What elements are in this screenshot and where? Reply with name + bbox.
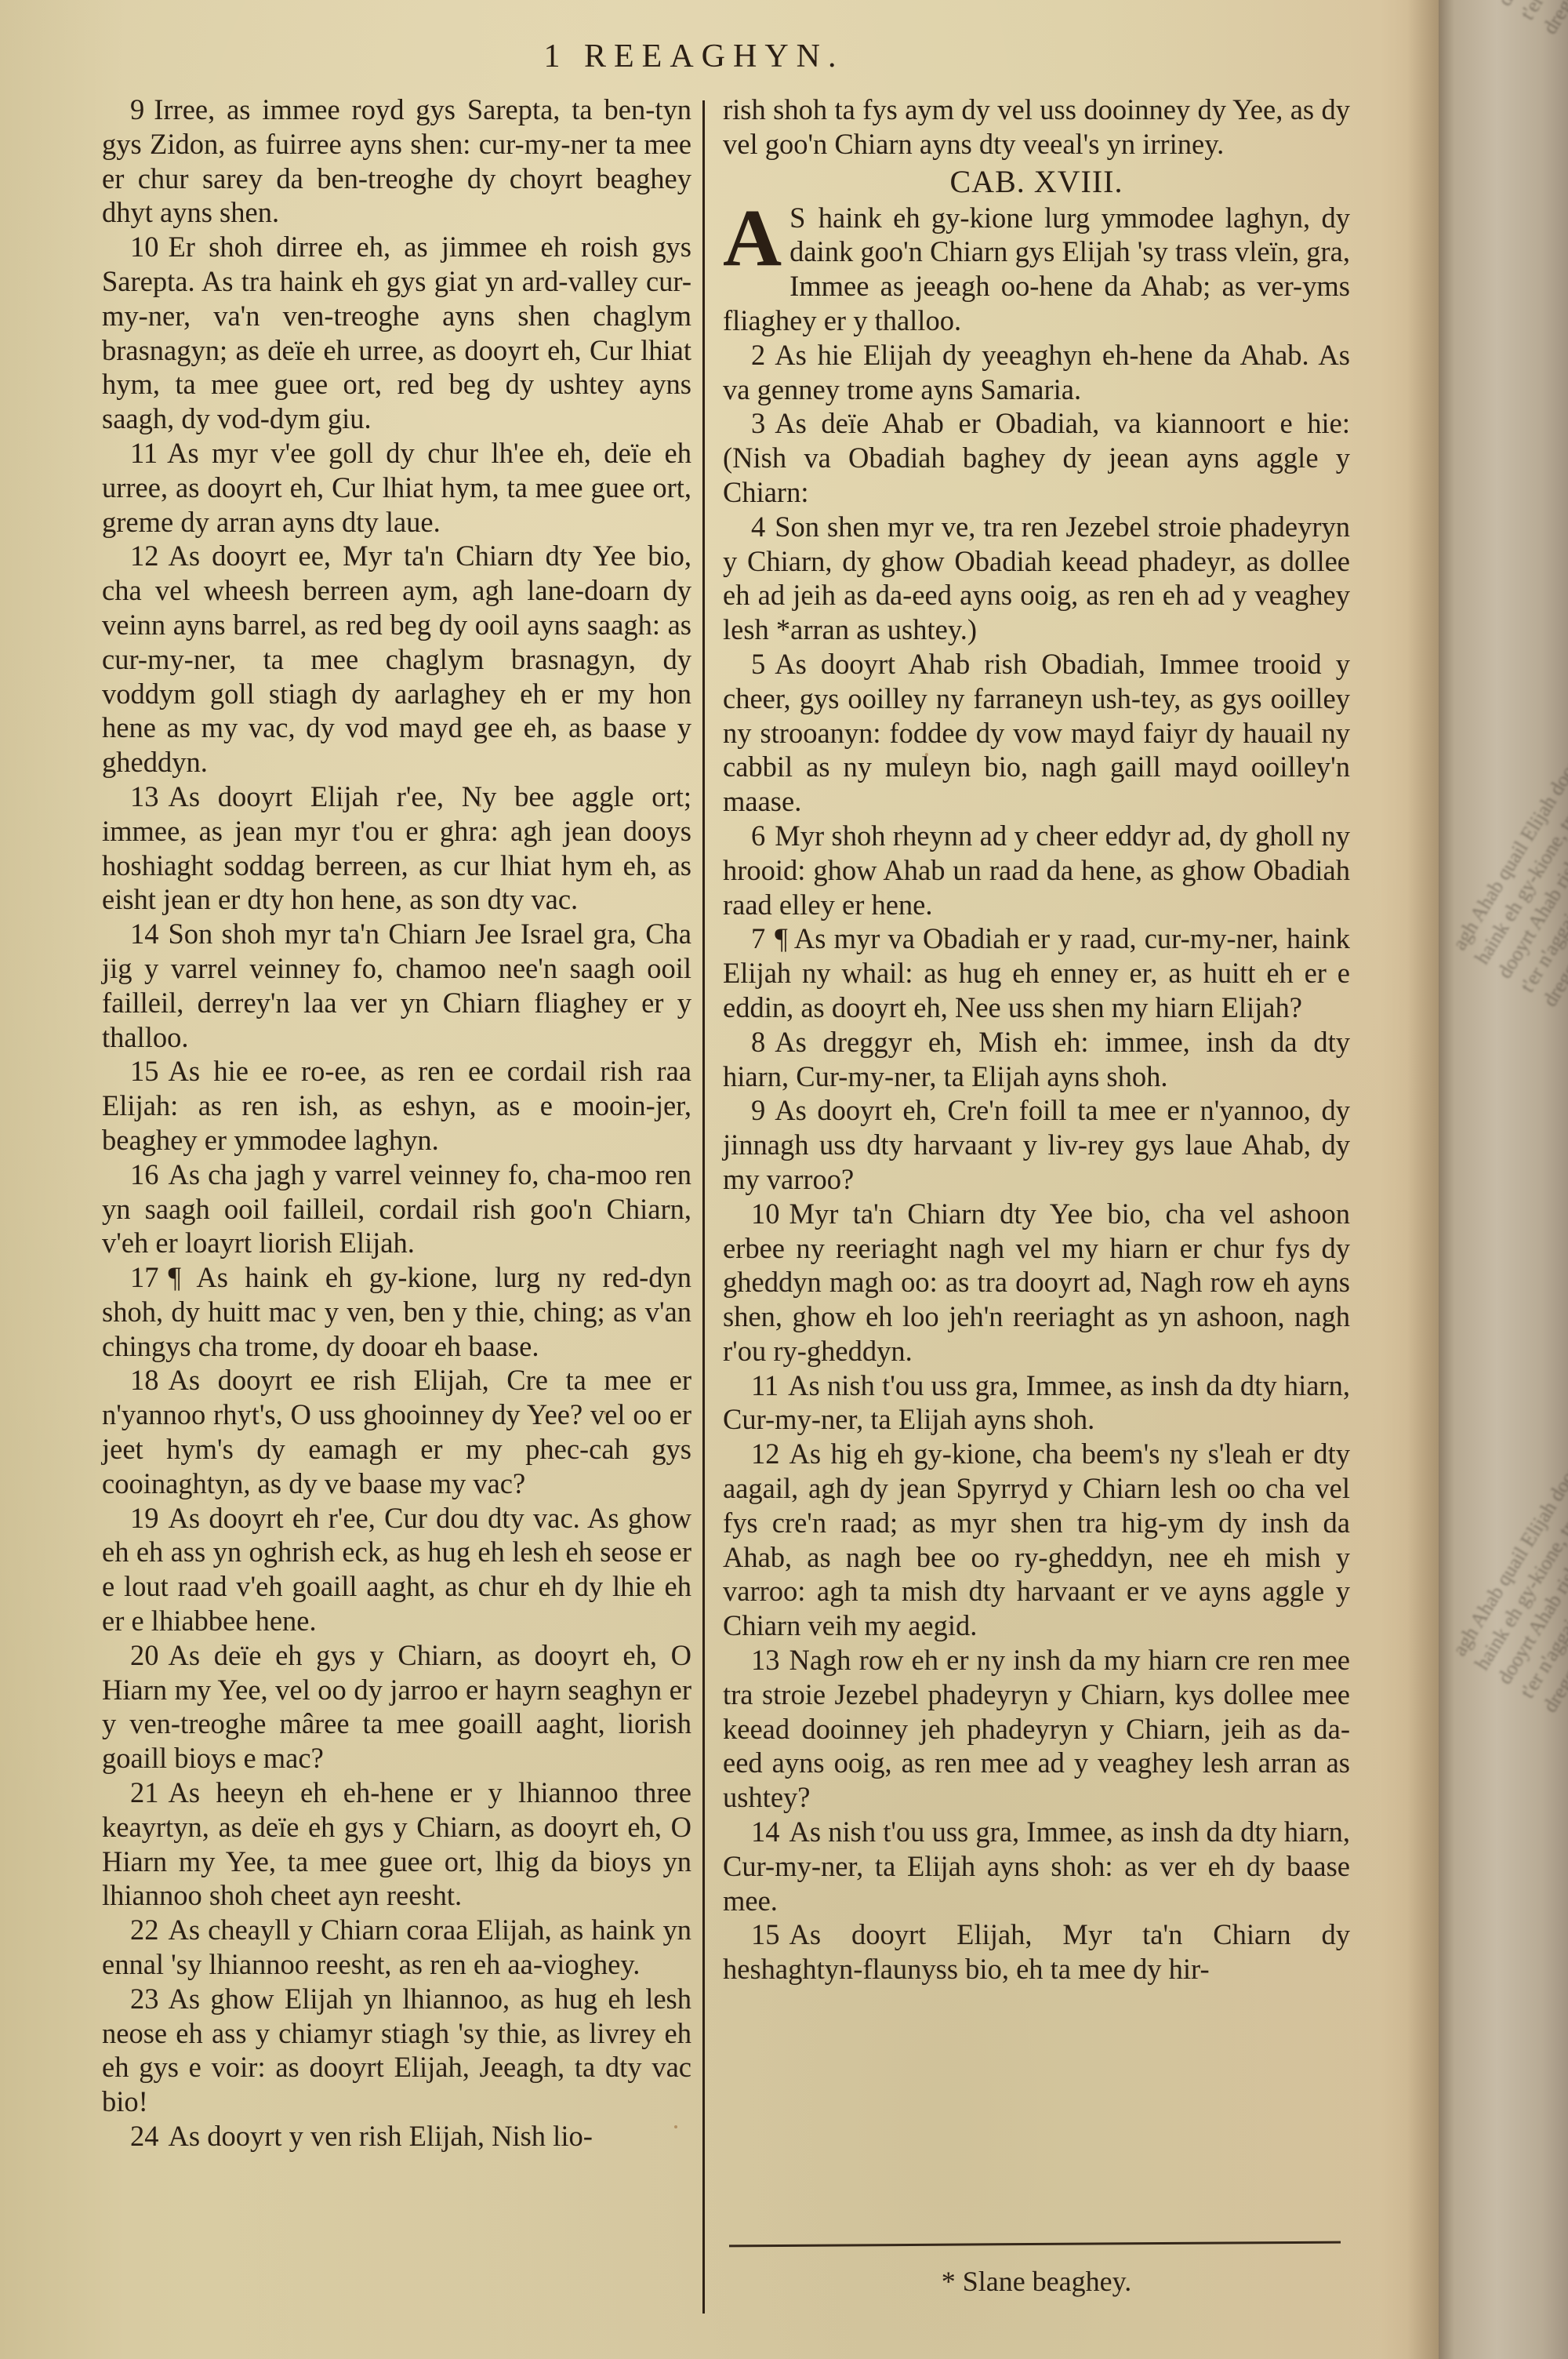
verse-15: 15As dooyrt Elijah, Myr ta'n Chiarn dy h… (723, 1917, 1350, 1986)
running-head: 1 REEAGHYN. (0, 38, 1388, 75)
verse-15: 15As hie ee ro-ee, as ren ee cordail ris… (102, 1054, 691, 1157)
verse-text: As cheayll y Chiarn coraa Elijah, as hai… (102, 1914, 691, 1980)
verse-number: 11 (130, 437, 158, 469)
column-divider (702, 100, 705, 2314)
facing-page-text: agh Ahab quail Elijah dooyrt Ahab rishha… (1446, 1421, 1568, 1831)
verse-number: 17 (130, 1261, 159, 1293)
verse-4: 4Son shen myr ve, tra ren Jezebel stroie… (723, 510, 1350, 647)
verse-17: 17¶ As haink eh gy-kione, lurg ny red-dy… (102, 1260, 691, 1363)
verse-number: 13 (751, 1644, 780, 1676)
verse-text: Nagh row eh er ny insh da my hiarn cre r… (723, 1644, 1350, 1813)
verse-text: As dooyrt Ahab rish Obadiah, Immee trooi… (723, 648, 1350, 817)
footnote-marker: * (942, 2266, 956, 2297)
foxing-spot (478, 804, 481, 807)
verse-2: 2As hie Elijah dy yeeaghyn eh-hene da Ah… (723, 338, 1350, 407)
foxing-spot (604, 1412, 607, 1415)
facing-page-curl: agh Ahab quail Elijah dooyrt Ahab rishha… (1439, 0, 1568, 2359)
verse-23: 23As ghow Elijah yn lhiannoo, as hug eh … (102, 1982, 691, 2119)
verse-number: 15 (751, 1918, 780, 1950)
verse-text: Myr ta'n Chiarn dty Yee bio, cha vel ash… (723, 1198, 1350, 1367)
verse-text: As hie Elijah dy yeeaghyn eh-hene da Aha… (723, 339, 1350, 405)
verse-16: 16As cha jagh y varrel veinney fo, cha-m… (102, 1158, 691, 1260)
verse-18: 18As dooyrt ee rish Elijah, Cre ta mee e… (102, 1363, 691, 1500)
footnote-rule (729, 2241, 1341, 2248)
verse-10: 10Myr ta'n Chiarn dty Yee bio, cha vel a… (723, 1197, 1350, 1369)
foxing-spot (925, 753, 928, 756)
verse-9: 9Irree, as immee royd gys Sarepta, ta be… (102, 93, 691, 230)
gutter-shadow (1407, 0, 1439, 2359)
verse-22: 22As cheayll y Chiarn coraa Elijah, as h… (102, 1913, 691, 1982)
verse-text: ¶ As myr va Obadiah er y raad, cur-my-ne… (723, 922, 1350, 1023)
verse-text: As dooyrt eh, Cre'n foill ta mee er n'ya… (723, 1094, 1350, 1195)
verse-number: 9 (751, 1094, 765, 1126)
verse-number: 20 (130, 1639, 159, 1671)
verse-9: 9As dooyrt eh, Cre'n foill ta mee er n'y… (723, 1093, 1350, 1196)
verse-text: Irree, as immee royd gys Sarepta, ta ben… (102, 93, 691, 228)
verse-number: 10 (130, 231, 159, 263)
verse-14: 14Son shoh myr ta'n Chiarn Jee Israel gr… (102, 917, 691, 1054)
verse-number: 9 (130, 93, 144, 125)
verse-number: 6 (751, 820, 765, 852)
verse-13: 13As dooyrt Elijah r'ee, Ny bee aggle or… (102, 780, 691, 917)
right-column: rish shoh ta fys aym dy vel uss dooinney… (723, 93, 1350, 1986)
verse-number: 22 (130, 1914, 159, 1946)
verse-text: As deïe Ahab er Obadiah, va kiannoort e … (723, 407, 1350, 508)
verse-11: 11As myr v'ee goll dy chur lh'ee eh, deï… (102, 436, 691, 539)
verse-number: 19 (130, 1502, 159, 1534)
facing-page-text: agh Ahab quail Elijah dooyrt Ahab rishha… (1446, 715, 1568, 1125)
footnote: * Slane beaghey. (723, 2265, 1350, 2298)
drop-cap: A (723, 205, 782, 271)
left-column: 9Irree, as immee royd gys Sarepta, ta be… (102, 93, 691, 2154)
verse-text: As hig eh gy-kione, cha beem's ny s'leah… (723, 1438, 1350, 1641)
verse-number: 12 (751, 1438, 780, 1470)
verse-number: 13 (130, 780, 159, 812)
verse-continuation: rish shoh ta fys aym dy vel uss dooinney… (723, 93, 1350, 162)
verse-number: 12 (130, 540, 159, 572)
verse-11: 11As nish t'ou uss gra, Immee, as insh d… (723, 1369, 1350, 1438)
first-word-rest: S (789, 202, 807, 234)
verse-24: 24As dooyrt y ven rish Elijah, Nish lio- (102, 2119, 691, 2154)
verse-number: 7 (751, 922, 765, 954)
verse-20: 20As deïe eh gys y Chiarn, as dooyrt eh,… (102, 1638, 691, 1776)
verse-number: 8 (751, 1026, 765, 1058)
facing-page-text: agh Ahab quail Elijah dooyrt Ahab rishha… (1446, 0, 1568, 152)
verse-number: 23 (130, 1983, 159, 2015)
verse-text: As dooyrt ee, Myr ta'n Chiarn dty Yee bi… (102, 540, 691, 778)
verse-number: 16 (130, 1158, 159, 1190)
verse-text: As hie ee ro-ee, as ren ee cordail rish … (102, 1055, 691, 1156)
verse-number: 5 (751, 648, 765, 680)
verse-number: 4 (751, 511, 765, 543)
verse-text: As nish t'ou uss gra, Immee, as insh da … (723, 1816, 1350, 1917)
verse-6: 6Myr shoh rheynn ad y cheer eddyr ad, dy… (723, 819, 1350, 921)
chapter-heading: CAB. XVIII. (723, 163, 1350, 201)
verse-number: 11 (751, 1369, 779, 1401)
verse-number: 21 (130, 1776, 159, 1808)
verse-text: As nish t'ou uss gra, Immee, as insh da … (723, 1369, 1350, 1436)
verse-text: As dooyrt eh r'ee, Cur dou dty vac. As g… (102, 1502, 691, 1637)
verse-text: As dreggyr eh, Mish eh: immee, insh da d… (723, 1026, 1350, 1092)
verse-text: Myr shoh rheynn ad y cheer eddyr ad, dy … (723, 820, 1350, 921)
verse-19: 19As dooyrt eh r'ee, Cur dou dty vac. As… (102, 1501, 691, 1638)
verse-14: 14As nish t'ou uss gra, Immee, as insh d… (723, 1815, 1350, 1917)
verse-number: 10 (751, 1198, 780, 1230)
verse-text: Son shen myr ve, tra ren Jezebel stroie … (723, 511, 1350, 645)
verse-text: Son shoh myr ta'n Chiarn Jee Israel gra,… (102, 918, 691, 1052)
verse-10: 10Er shoh dirree eh, as jimmee eh roish … (102, 230, 691, 436)
verse-text: As deïe eh gys y Chiarn, as dooyrt eh, O… (102, 1639, 691, 1774)
verse-21: 21As heeyn eh eh-hene er y lhiannoo thre… (102, 1776, 691, 1913)
verse-text: As cha jagh y varrel veinney fo, cha-moo… (102, 1158, 691, 1259)
verse-text: As dooyrt ee rish Elijah, Cre ta mee er … (102, 1364, 691, 1499)
verse-text: As ghow Elijah yn lhiannoo, as hug eh le… (102, 1983, 691, 2117)
verse-text: As myr v'ee goll dy chur lh'ee eh, deïe … (102, 437, 691, 538)
verse-number: 18 (130, 1364, 159, 1396)
verse-number: 15 (130, 1055, 159, 1087)
verse-text: As dooyrt Elijah, Myr ta'n Chiarn dy hes… (723, 1918, 1350, 1985)
verse-13: 13Nagh row eh er ny insh da my hiarn cre… (723, 1643, 1350, 1815)
foxing-spot (674, 2125, 677, 2128)
verse-number: 14 (751, 1816, 780, 1848)
verse-12: 12As hig eh gy-kione, cha beem's ny s'le… (723, 1437, 1350, 1643)
verse-text: ¶ As haink eh gy-kione, lurg ny red-dyn … (102, 1261, 691, 1362)
verse-text: As heeyn eh eh-hene er y lhiannoo three … (102, 1776, 691, 1911)
verse-8: 8As dreggyr eh, Mish eh: immee, insh da … (723, 1025, 1350, 1094)
verse-7: 7¶ As myr va Obadiah er y raad, cur-my-n… (723, 921, 1350, 1024)
footnote-text: Slane beaghey. (963, 2266, 1132, 2297)
verse-number: 24 (130, 2120, 159, 2152)
verse-text: Er shoh dirree eh, as jimmee eh roish gy… (102, 231, 691, 434)
verse-text: As dooyrt y ven rish Elijah, Nish lio- (169, 2120, 593, 2152)
verse-number: 2 (751, 339, 765, 371)
verse-1-text: haink eh gy-kione lurg ymmodee laghyn, d… (723, 202, 1350, 336)
verse-number: 14 (130, 918, 159, 950)
verse-1: AS haink eh gy-kione lurg ymmodee laghyn… (723, 201, 1350, 338)
right-verse-list: 2As hie Elijah dy yeeaghyn eh-hene da Ah… (723, 338, 1350, 1986)
verse-number: 3 (751, 407, 765, 439)
verse-3: 3As deïe Ahab er Obadiah, va kiannoort e… (723, 406, 1350, 509)
verse-12: 12As dooyrt ee, Myr ta'n Chiarn dty Yee … (102, 539, 691, 780)
verse-text: As dooyrt Elijah r'ee, Ny bee aggle ort;… (102, 780, 691, 915)
verse-5: 5As dooyrt Ahab rish Obadiah, Immee troo… (723, 647, 1350, 819)
